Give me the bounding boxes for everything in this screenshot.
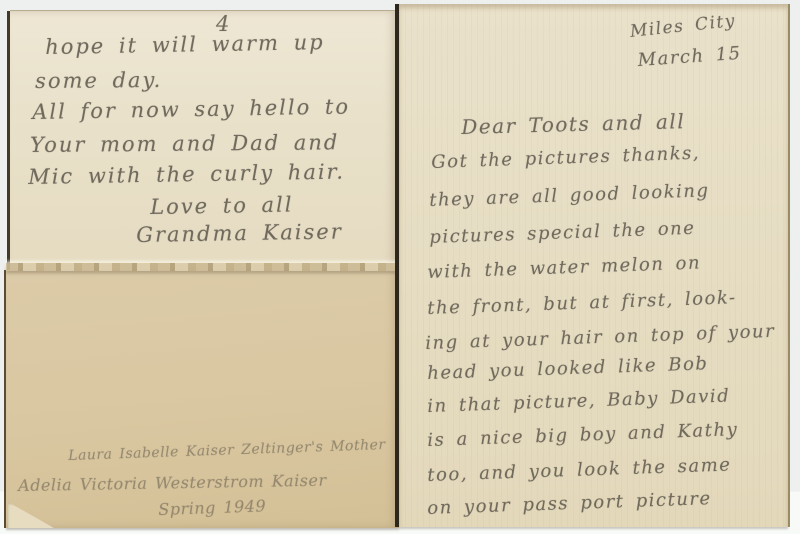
letter-line: pictures special the one — [429, 218, 696, 248]
letter-line: too, and you look the same — [427, 454, 732, 486]
letter-scan: 4 hope it will warm up some day. All for… — [0, 0, 800, 534]
salutation: Dear Toots and all — [461, 109, 685, 139]
letter-flap: Laura Isabelle Kaiser Zeltinger's Mother… — [6, 270, 399, 528]
place-line: Miles City — [629, 11, 737, 42]
letter-line: some day. — [35, 68, 162, 93]
letter-line: they are all good looking — [429, 180, 710, 211]
letter-line: Got the pictures thanks, — [431, 143, 700, 173]
annotation-line: Spring 1949 — [158, 496, 266, 519]
annotation-line: Laura Isabelle Kaiser Zeltinger's Mother — [68, 437, 386, 464]
letter-line: hope it will warm up — [45, 30, 325, 59]
letter-line: is a nice big boy and Kathy — [427, 419, 739, 451]
letter-line: with the water melon on — [427, 252, 701, 283]
letter-line: Mic with the curly hair. — [28, 159, 345, 189]
letter-line: in that picture, Baby David — [427, 385, 731, 417]
letter-line: head you looked like Bob — [427, 353, 709, 384]
letter-page-left: 4 hope it will warm up some day. All for… — [10, 11, 398, 270]
date-line: March 15 — [637, 43, 742, 71]
letter-line: the front, but at first, look- — [427, 287, 737, 319]
letter-signature: Grandma Kaiser — [136, 219, 343, 247]
letter-closing: Love to all — [150, 192, 294, 218]
annotation-line: Adelia Victoria Westerstrom Kaiser — [18, 471, 327, 495]
letter-page-right: Miles City March 15 Dear Toots and all G… — [399, 4, 788, 527]
letter-line: on your pass port picture — [427, 488, 712, 519]
corner-fold — [8, 502, 54, 528]
letter-line: Your mom and Dad and — [30, 130, 339, 157]
letter-line: ing at your hair on top of your — [425, 321, 776, 354]
fold-crease — [6, 263, 398, 271]
letter-line: All for now say hello to — [32, 94, 350, 124]
